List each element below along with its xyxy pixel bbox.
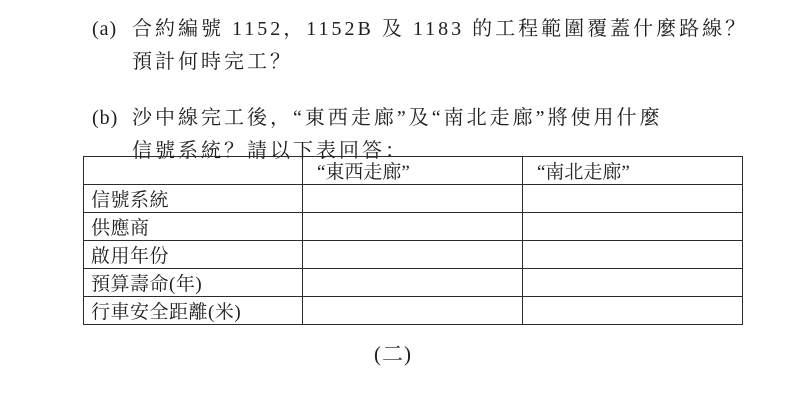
question-a-line2: 預計何時完工？ <box>132 46 752 79</box>
row-label-safe-train-distance-metres: 行車安全距離(米) <box>84 297 303 325</box>
table-row: 預算壽命(年) <box>84 269 743 297</box>
answer-cell-signalling-east-west <box>303 185 523 213</box>
page-number: (二) <box>0 338 786 368</box>
question-a-text: 合約編號 1152，1152B 及 1183 的工程範圍覆蓋什麼路線？ 預計何時… <box>132 13 752 79</box>
answer-cell-signalling-north-south <box>523 185 743 213</box>
answer-cell-lifespan-north-south <box>523 269 743 297</box>
row-label-signalling-system: 信號系統 <box>84 185 303 213</box>
answer-table: “東西走廊” “南北走廊” 信號系統 供應商 啟用年份 預算壽命(年) <box>83 156 743 325</box>
answer-cell-supplier-east-west <box>303 213 523 241</box>
answer-cell-supplier-north-south <box>523 213 743 241</box>
question-b-label: (b) <box>92 102 132 135</box>
question-a-label: (a) <box>92 13 132 46</box>
header-cell-blank <box>84 157 303 185</box>
answer-cell-lifespan-east-west <box>303 269 523 297</box>
answer-cell-year-north-south <box>523 241 743 269</box>
question-a: (a) 合約編號 1152，1152B 及 1183 的工程範圍覆蓋什麼路線？ … <box>92 13 752 79</box>
document-page: (a) 合約編號 1152，1152B 及 1183 的工程範圍覆蓋什麼路線？ … <box>0 0 786 396</box>
table-row: 供應商 <box>84 213 743 241</box>
answer-cell-distance-east-west <box>303 297 523 325</box>
question-b-line1: 沙中線完工後，“東西走廊”及“南北走廊”將使用什麼 <box>132 102 752 135</box>
table-row: 行車安全距離(米) <box>84 297 743 325</box>
header-cell-north-south-corridor: “南北走廊” <box>523 157 743 185</box>
answer-cell-year-east-west <box>303 241 523 269</box>
table-row: 信號系統 <box>84 185 743 213</box>
question-a-line1: 合約編號 1152，1152B 及 1183 的工程範圍覆蓋什麼路線？ <box>132 13 752 46</box>
row-label-supplier: 供應商 <box>84 213 303 241</box>
table-row: 啟用年份 <box>84 241 743 269</box>
row-label-commissioning-year: 啟用年份 <box>84 241 303 269</box>
table-header-row: “東西走廊” “南北走廊” <box>84 157 743 185</box>
answer-cell-distance-north-south <box>523 297 743 325</box>
header-cell-east-west-corridor: “東西走廊” <box>303 157 523 185</box>
row-label-expected-lifespan-years: 預算壽命(年) <box>84 269 303 297</box>
